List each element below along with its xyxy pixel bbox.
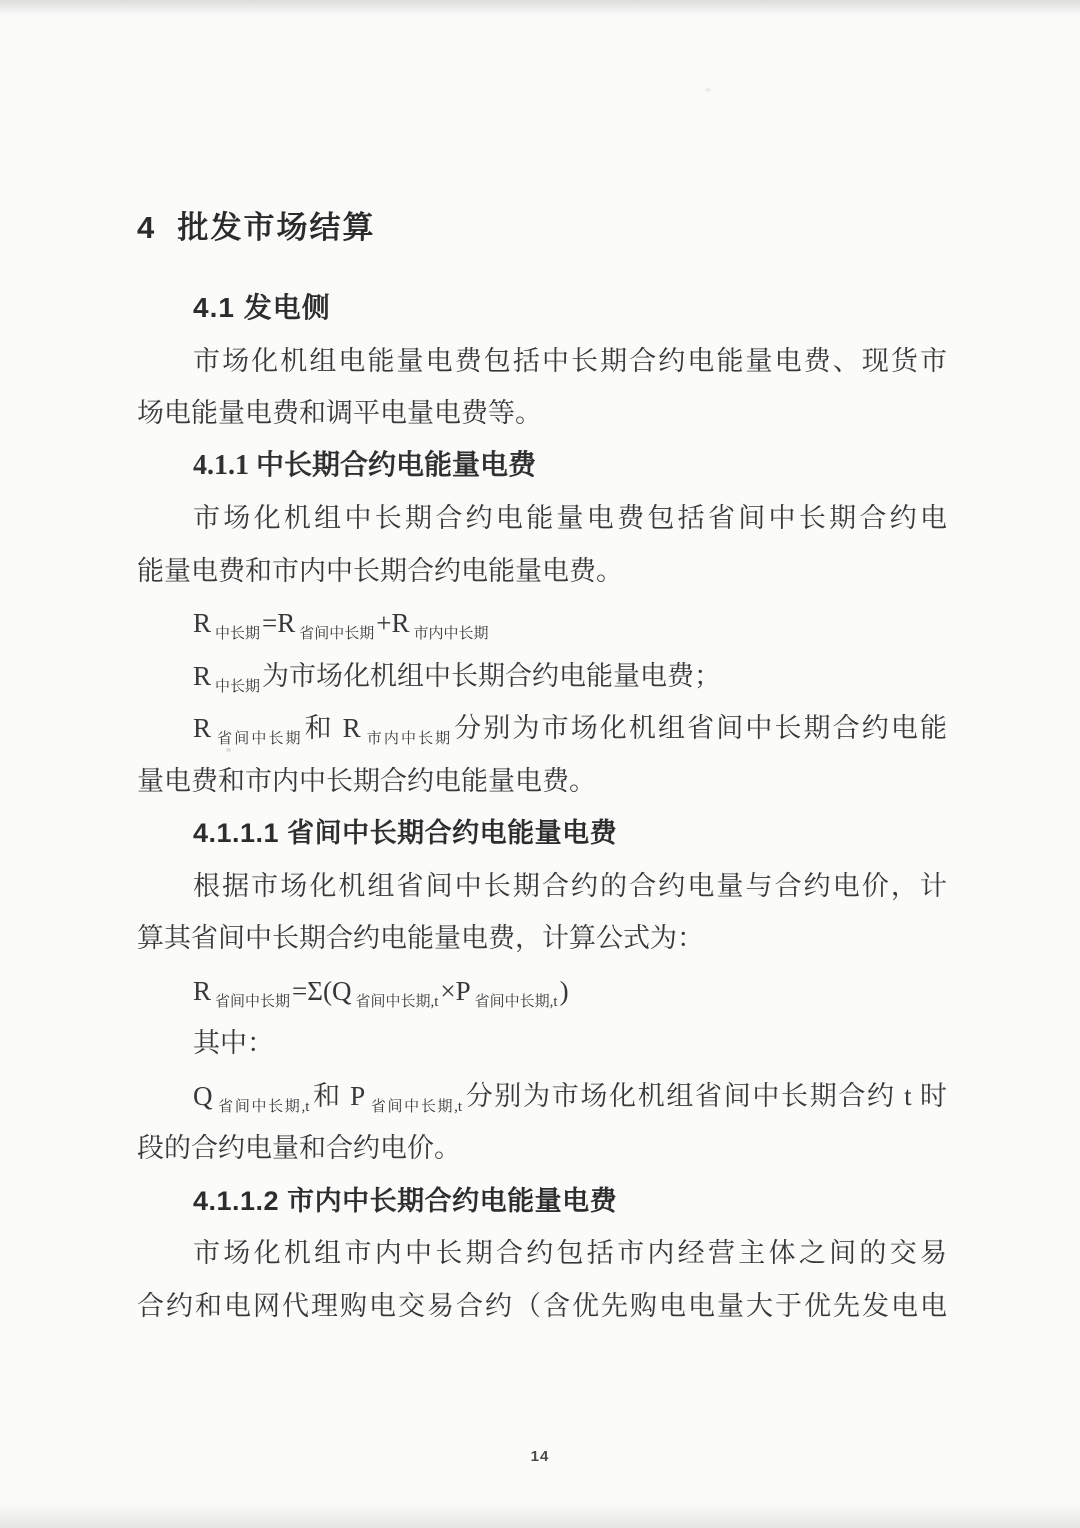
text-segment: 市场化机组电能量电费包括中长期合约电能量电费、现货市: [193, 346, 947, 376]
text-segment: 为市场化机组中长期合约电能量电费；: [262, 661, 721, 691]
formula-subscript: 市内中长期: [365, 731, 453, 747]
text-segment: 量电费和市内中长期合约电能量电费。: [137, 766, 596, 796]
text-segment: 分别为市场化机组省间中长期合约 t 时: [464, 1081, 947, 1111]
scan-shadow-top: [0, 0, 1080, 16]
document-lines: 4.1 发电侧市场化机组电能量电费包括中长期合约电能量电费、现货市场电能量电费和…: [137, 282, 947, 1332]
text-segment: 4.1 发电侧: [193, 292, 331, 323]
text-segment: R: [193, 608, 211, 638]
formula-subscript: 省间中长期,t: [217, 1099, 310, 1115]
text-segment: +R: [376, 608, 409, 638]
text-segment: 能量电费和市内中长期合约电能量电费。: [137, 556, 623, 586]
text-segment: 段的合约电量和合约电价。: [137, 1133, 461, 1163]
text-segment: ×P: [440, 976, 470, 1006]
text-segment: ): [560, 976, 569, 1006]
text-segment: 4.1.1.2 市内中长期合约电能量电费: [193, 1186, 617, 1216]
formula-line: R省间中长期和 R市内中长期分别为市场化机组省间中长期合约电能: [137, 702, 947, 755]
text-segment: 和 R: [305, 713, 361, 743]
formula-subscript: 省间中长期: [215, 994, 290, 1010]
paragraph-line: 段的合约电量和合约电价。: [137, 1122, 947, 1175]
paragraph-line: 量电费和市内中长期合约电能量电费。: [137, 755, 947, 808]
paragraph-line: 合约和电网代理购电交易合约（含优先购电电量大于优先发电电: [137, 1280, 947, 1333]
paragraph-line: 根据市场化机组省间中长期合约的合约电量与合约电价，计: [137, 860, 947, 913]
heading-4-1: 4.1 发电侧: [137, 282, 947, 335]
text-segment: Q: [193, 1081, 213, 1111]
text-segment: =R: [262, 608, 295, 638]
formula-subscript: 中长期: [215, 626, 260, 642]
paragraph-line: 市场化机组电能量电费包括中长期合约电能量电费、现货市: [137, 335, 947, 388]
scan-shadow-bottom: [0, 1502, 1080, 1528]
formula-subscript: 省间中长期,t: [475, 994, 558, 1010]
text-segment: =Σ(Q: [292, 976, 351, 1006]
text-segment: 4.1.1.1 省间中长期合约电能量电费: [193, 818, 617, 848]
text-segment: R: [193, 976, 211, 1006]
text-segment: 和 P: [311, 1081, 365, 1111]
formula-subscript: 省间中长期,t: [355, 994, 438, 1010]
heading-4-1-1: 4.1.1 中长期合约电能量电费: [137, 440, 947, 493]
paragraph-line: 其中：: [137, 1017, 947, 1070]
text-segment: 算其省间中长期合约电能量电费，计算公式为：: [137, 923, 704, 953]
heading-4-1-1-1: 4.1.1.1 省间中长期合约电能量电费: [137, 807, 947, 860]
text-segment: 市场化机组市内中长期合约包括市内经营主体之间的交易: [193, 1238, 947, 1268]
formula-line: R省间中长期=Σ(Q省间中长期,t×P省间中长期,t): [137, 965, 947, 1018]
scan-artifact: [705, 88, 711, 92]
formula-subscript: 中长期: [215, 679, 260, 695]
text-segment: 分别为市场化机组省间中长期合约电能: [454, 713, 947, 743]
heading-4-1-1-2: 4.1.1.2 市内中长期合约电能量电费: [137, 1175, 947, 1228]
page-number: 14: [0, 1448, 1080, 1465]
text-segment: 市场化机组中长期合约电能量电费包括省间中长期合约电: [193, 503, 947, 533]
text-segment: 场电能量电费和调平电量电费等。: [137, 398, 542, 428]
paragraph-line: 市场化机组市内中长期合约包括市内经营主体之间的交易: [137, 1227, 947, 1280]
formula-line: Q省间中长期,t和 P省间中长期,t分别为市场化机组省间中长期合约 t 时: [137, 1070, 947, 1123]
text-segment: 合约和电网代理购电交易合约（含优先购电电量大于优先发电电: [137, 1291, 947, 1321]
chapter-heading: 4 批发市场结算: [137, 200, 375, 256]
paragraph-line: 算其省间中长期合约电能量电费，计算公式为：: [137, 912, 947, 965]
text-segment: 根据市场化机组省间中长期合约的合约电量与合约电价，计: [193, 871, 947, 901]
text-segment: 4.1.1 中长期合约电能量电费: [193, 450, 536, 481]
formula-subscript: 省间中长期: [299, 626, 374, 642]
paragraph-line: 能量电费和市内中长期合约电能量电费。: [137, 545, 947, 598]
formula-subscript: 市内中长期: [414, 626, 489, 642]
text-segment: R: [193, 661, 211, 691]
formula-line: R中长期为市场化机组中长期合约电能量电费；: [137, 650, 947, 703]
text-segment: R: [193, 713, 211, 743]
formula-subscript: 省间中长期,t: [369, 1099, 462, 1115]
paragraph-line: 场电能量电费和调平电量电费等。: [137, 387, 947, 440]
formula-subscript: 省间中长期: [215, 731, 303, 747]
paragraph-line: 市场化机组中长期合约电能量电费包括省间中长期合约电: [137, 492, 947, 545]
text-segment: 其中：: [193, 1028, 274, 1058]
document-page: 4 批发市场结算 4.1 发电侧市场化机组电能量电费包括中长期合约电能量电费、现…: [0, 0, 1080, 1528]
formula-line: R中长期=R省间中长期+R市内中长期: [137, 597, 947, 650]
